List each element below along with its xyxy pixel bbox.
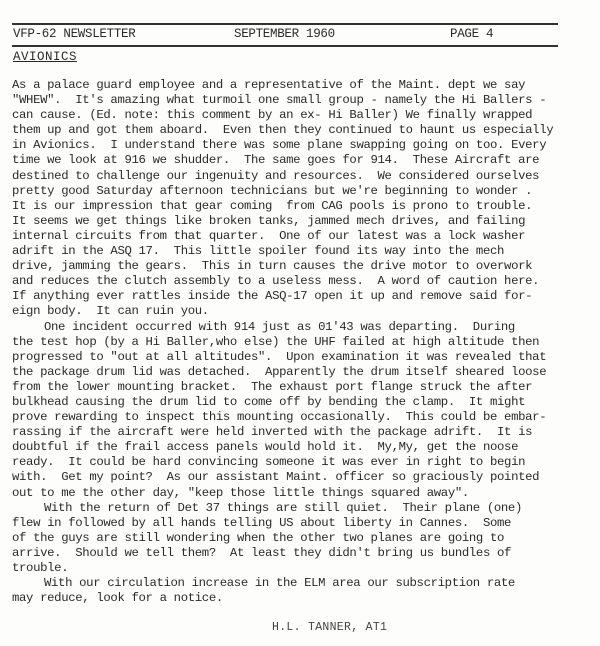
text-line: out to me the other day, "keep those lit… [12,486,592,501]
paragraph: With our circulation increase in the ELM… [12,576,592,606]
text-line: One incident occurred with 914 just as 0… [12,320,592,335]
text-line: pretty good Saturday afternoon technicia… [12,184,592,199]
text-line: It is our impression that gear coming fr… [12,199,592,214]
page-number: PAGE 4 [450,25,493,43]
text-line: time we look at 916 we shudder. The same… [12,153,592,168]
text-line: prove rewarding to inspect this mounting… [12,410,592,425]
text-line: It seems we get things like broken tanks… [12,214,592,229]
text-line: If anything ever rattles inside the ASQ-… [12,289,592,304]
text-line: them up and got them aboard. Even then t… [12,123,592,138]
paragraph: One incident occurred with 914 just as 0… [12,320,592,501]
text-line: in Avionics. I understand there was some… [12,138,592,153]
text-line: may reduce, look for a notice. [12,591,592,606]
paragraph: As a palace guard employee and a represe… [12,78,592,320]
text-line: from the lower mounting bracket. The exh… [12,380,592,395]
text-line: destined to challenge our ingenuity and … [12,169,592,184]
text-line: flew in followed by all hands telling US… [12,516,592,531]
text-line: "WHEW". It's amazing what turmoil one sm… [12,93,592,108]
text-line: drive, jamming the gears. This in turn c… [12,259,592,274]
author-signature: H.L. TANNER, AT1 [272,621,387,634]
text-line: adrift in the ASQ 17. This little spoile… [12,244,592,259]
text-line: arrive. Should we tell them? At least th… [12,546,592,561]
text-line: trouble. [12,561,592,576]
issue-date: SEPTEMBER 1960 [234,25,335,43]
page-header: VFP-62 NEWSLETTER SEPTEMBER 1960 PAGE 4 [12,23,558,47]
text-line: the test hop (by a Hi Baller,who else) t… [12,335,592,350]
text-line: with. Get my point? As our assistant Mai… [12,470,592,485]
article-body: As a palace guard employee and a represe… [12,78,592,606]
text-line: of the guys are still wondering when the… [12,531,592,546]
newsletter-title: VFP-62 NEWSLETTER [13,25,135,43]
text-line: the package drum lid was detached. Appar… [12,365,592,380]
paragraph: With the return of Det 37 things are sti… [12,501,592,576]
newsletter-page: VFP-62 NEWSLETTER SEPTEMBER 1960 PAGE 4 … [0,0,600,646]
section-title: AVIONICS [13,50,77,64]
text-line: internal circuits from that quarter. One… [12,229,592,244]
text-line: With the return of Det 37 things are sti… [12,501,592,516]
text-line: ready. It could be hard convincing someo… [12,455,592,470]
text-line: As a palace guard employee and a represe… [12,78,592,93]
text-line: progressed to "out at all altitudes". Up… [12,350,592,365]
text-line: bulkhead causing the drum lid to come of… [12,395,592,410]
text-line: can cause. (Ed. note: this comment by an… [12,108,592,123]
text-line: rassing if the aircraft were held invert… [12,425,592,440]
text-line: eign body. It can ruin you. [12,304,592,319]
text-line: With our circulation increase in the ELM… [12,576,592,591]
text-line: doubtful if the frail access panels woul… [12,440,592,455]
text-line: and reduces the clutch assembly to a use… [12,274,592,289]
